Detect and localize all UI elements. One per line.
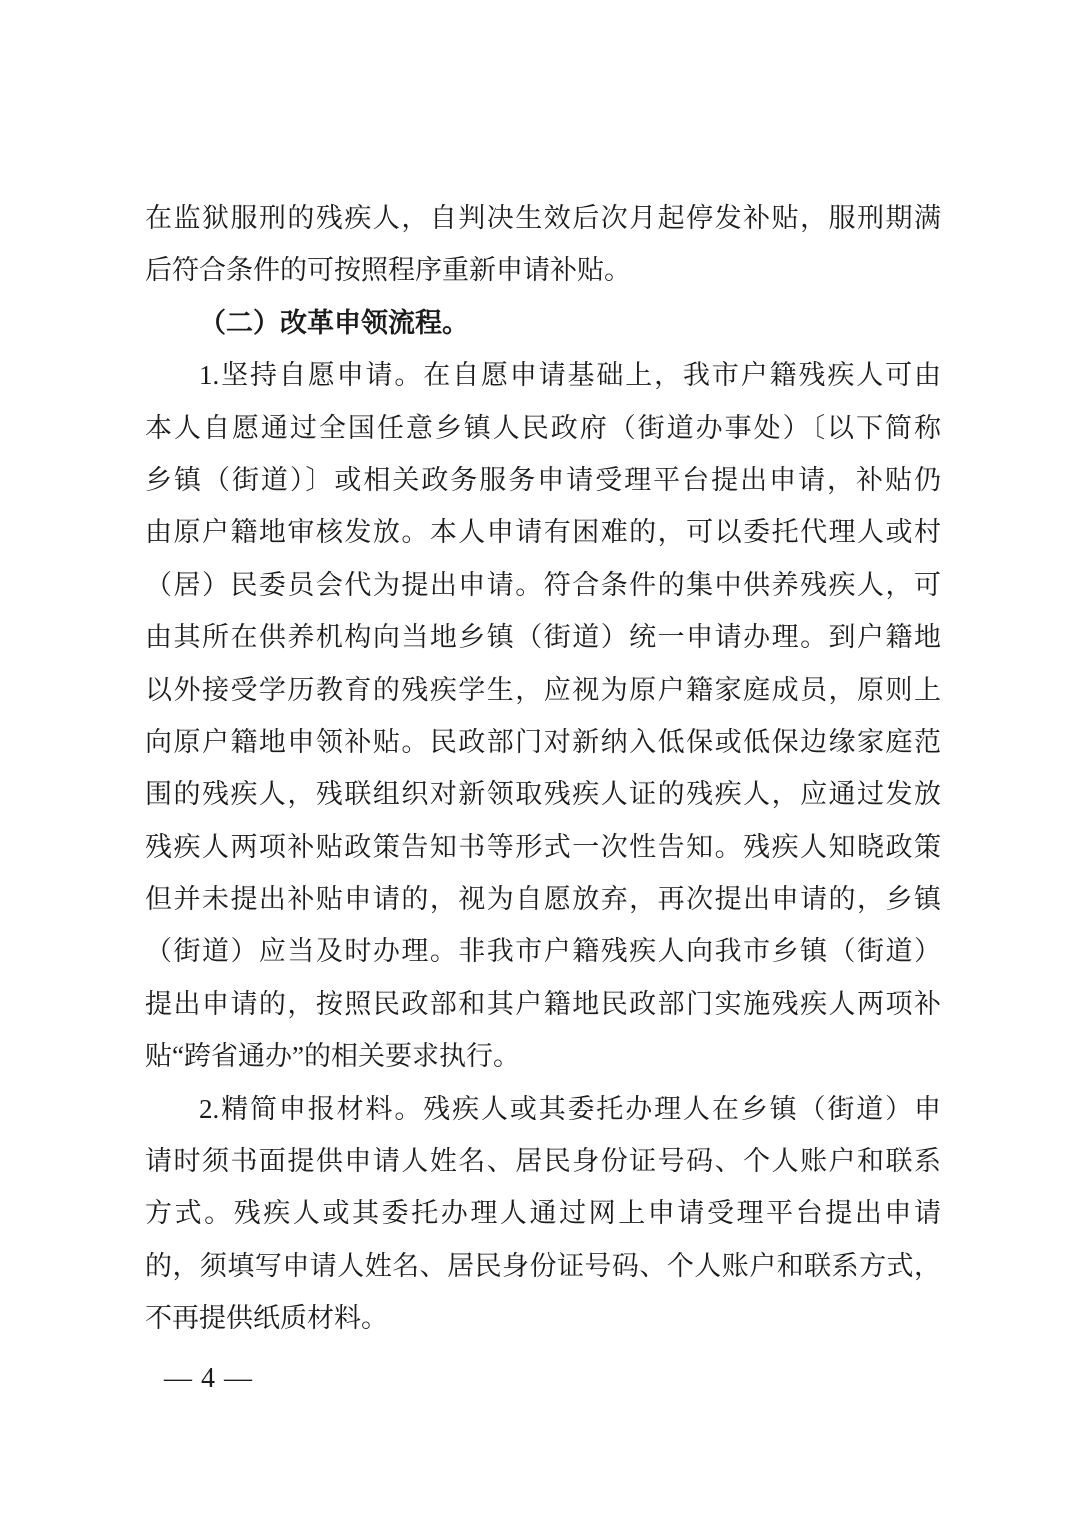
paragraph-apply-voluntarily: 1.坚持自愿申请。在自愿申请基础上，我市户籍残疾人可由 本人自愿通过全国任意乡镇… <box>145 349 941 1082</box>
text-line: 提出申请的，按照民政部和其户籍地民政部门实施残疾人两项补 <box>145 978 941 1030</box>
document-page: 在监狱服刑的残疾人，自判决生效后次月起停发补贴，服刑期满 后符合条件的可按照程序… <box>0 0 1074 1520</box>
document-body: 在监狱服刑的残疾人，自判决生效后次月起停发补贴，服刑期满 后符合条件的可按照程序… <box>145 192 941 1345</box>
paragraph-simplify-materials: 2.精简申报材料。残疾人或其委托办理人在乡镇（街道）申 请时须书面提供申请人姓名… <box>145 1083 941 1345</box>
text-line: 向原户籍地申领补贴。民政部门对新纳入低保或低保边缘家庭范 <box>145 716 941 768</box>
text-line: 由其所在供养机构向当地乡镇（街道）统一申请办理。到户籍地 <box>145 611 941 663</box>
text-line: 的，须填写申请人姓名、居民身份证号码、个人账户和联系方式， <box>145 1240 941 1292</box>
text-line: 请时须书面提供申请人姓名、居民身份证号码、个人账户和联系 <box>145 1135 941 1187</box>
text-line: 以外接受学历教育的残疾学生，应视为原户籍家庭成员，原则上 <box>145 664 941 716</box>
text-line: 围的残疾人，残联组织对新领取残疾人证的残疾人，应通过发放 <box>145 768 941 820</box>
section-heading: （二）改革申领流程。 <box>145 297 941 349</box>
text-line: （街道）应当及时办理。非我市户籍残疾人向我市乡镇（街道） <box>145 925 941 977</box>
page-footer: — 4 — <box>164 1362 253 1396</box>
text-line: 2.精简申报材料。残疾人或其委托办理人在乡镇（街道）申 <box>145 1083 941 1135</box>
text-line: 在监狱服刑的残疾人，自判决生效后次月起停发补贴，服刑期满 <box>145 192 941 244</box>
text-line: 方式。残疾人或其委托办理人通过网上申请受理平台提出申请 <box>145 1187 941 1239</box>
text-line: 不再提供纸质材料。 <box>145 1292 941 1344</box>
section-heading-paragraph: （二）改革申领流程。 <box>145 297 941 349</box>
text-line: 由原户籍地审核发放。本人申请有困难的，可以委托代理人或村 <box>145 506 941 558</box>
text-line: 本人自愿通过全国任意乡镇人民政府（街道办事处）〔以下简称 <box>145 402 941 454</box>
paragraph-continuation: 在监狱服刑的残疾人，自判决生效后次月起停发补贴，服刑期满 后符合条件的可按照程序… <box>145 192 941 297</box>
text-line: 1.坚持自愿申请。在自愿申请基础上，我市户籍残疾人可由 <box>145 349 941 401</box>
text-line: 残疾人两项补贴政策告知书等形式一次性告知。残疾人知晓政策 <box>145 821 941 873</box>
page-number: — 4 — <box>164 1363 253 1394</box>
text-line: 乡镇（街道）〕或相关政务服务申请受理平台提出申请，补贴仍 <box>145 454 941 506</box>
text-line: （居）民委员会代为提出申请。符合条件的集中供养残疾人，可 <box>145 559 941 611</box>
text-line: 后符合条件的可按照程序重新申请补贴。 <box>145 244 941 296</box>
text-line: 但并未提出补贴申请的，视为自愿放弃，再次提出申请的，乡镇 <box>145 873 941 925</box>
text-line: 贴“跨省通办”的相关要求执行。 <box>145 1030 941 1082</box>
